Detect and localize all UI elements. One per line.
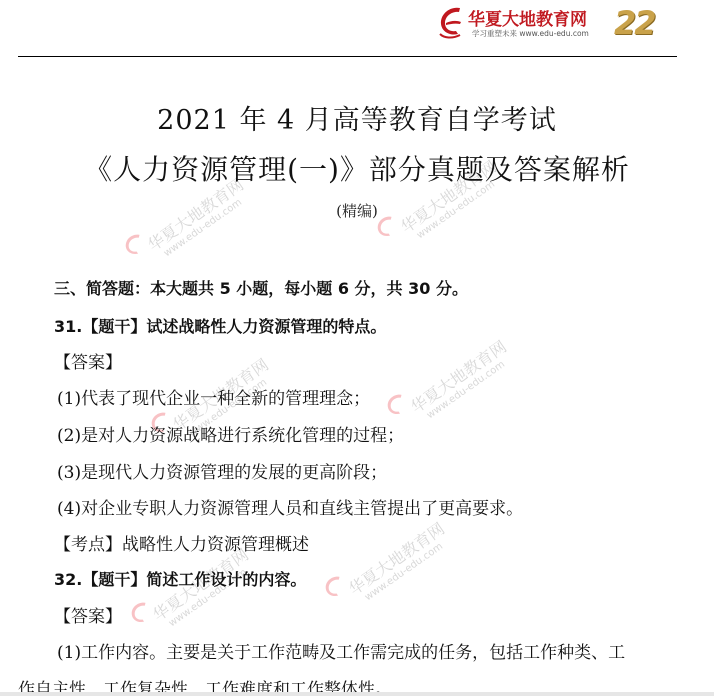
answer-item: (1)工作内容。主要是关于工作范畴及工作需完成的任务，包括工作种类、工 bbox=[57, 638, 625, 663]
logo-name: 华夏大地教育网 bbox=[468, 5, 587, 30]
logo-badge: 22 bbox=[614, 4, 655, 42]
header-divider bbox=[18, 56, 677, 57]
key-point: 【考点】战略性人力资源管理概述 bbox=[54, 530, 309, 555]
answer-label: 【答案】 bbox=[54, 348, 122, 373]
logo-slogan: 学习重塑未来 bbox=[472, 29, 517, 38]
watermark: 华夏大地教育网www.edu-edu.com bbox=[150, 546, 259, 635]
document-subtitle: (精编) bbox=[0, 200, 714, 221]
document-title: 2021 年 4 月高等教育自学考试 bbox=[0, 98, 714, 137]
question-stem: 32.【题干】简述工作设计的内容。 bbox=[54, 567, 306, 590]
page-bottom-edge bbox=[0, 692, 714, 696]
answer-item: (3)是现代人力资源管理的发展的更高阶段； bbox=[57, 458, 387, 483]
watermark: 华夏大地教育网www.edu-edu.com bbox=[346, 520, 455, 609]
watermark-logo-icon bbox=[384, 392, 406, 418]
answer-item: (1)代表了现代企业一种全新的管理理念； bbox=[57, 384, 370, 409]
logo-url: www.edu-edu.com bbox=[519, 29, 588, 38]
logo-slogan-url: 学习重塑未来 www.edu-edu.com bbox=[472, 28, 589, 39]
section-heading: 三、简答题：本大题共 5 小题，每小题 6 分，共 30 分。 bbox=[54, 276, 468, 299]
watermark-logo-icon bbox=[322, 574, 344, 600]
answer-label: 【答案】 bbox=[54, 602, 122, 627]
watermark: 华夏大地教育网www.edu-edu.com bbox=[408, 338, 517, 427]
document-title-subject: 《人力资源管理(一)》部分真题及答案解析 bbox=[0, 148, 714, 188]
watermark-logo-icon bbox=[122, 232, 144, 258]
site-logo: 华夏大地教育网 学习重塑未来 www.edu-edu.com 22 bbox=[436, 4, 676, 40]
watermark-logo-icon bbox=[128, 600, 150, 626]
answer-item: (2)是对人力资源战略进行系统化管理的过程； bbox=[57, 421, 404, 446]
answer-item: (4)对企业专职人力资源管理人员和直线主管提出了更高要求。 bbox=[57, 494, 523, 519]
e-swoosh-icon bbox=[436, 4, 466, 40]
question-stem: 31.【题干】试述战略性人力资源管理的特点。 bbox=[54, 314, 386, 337]
